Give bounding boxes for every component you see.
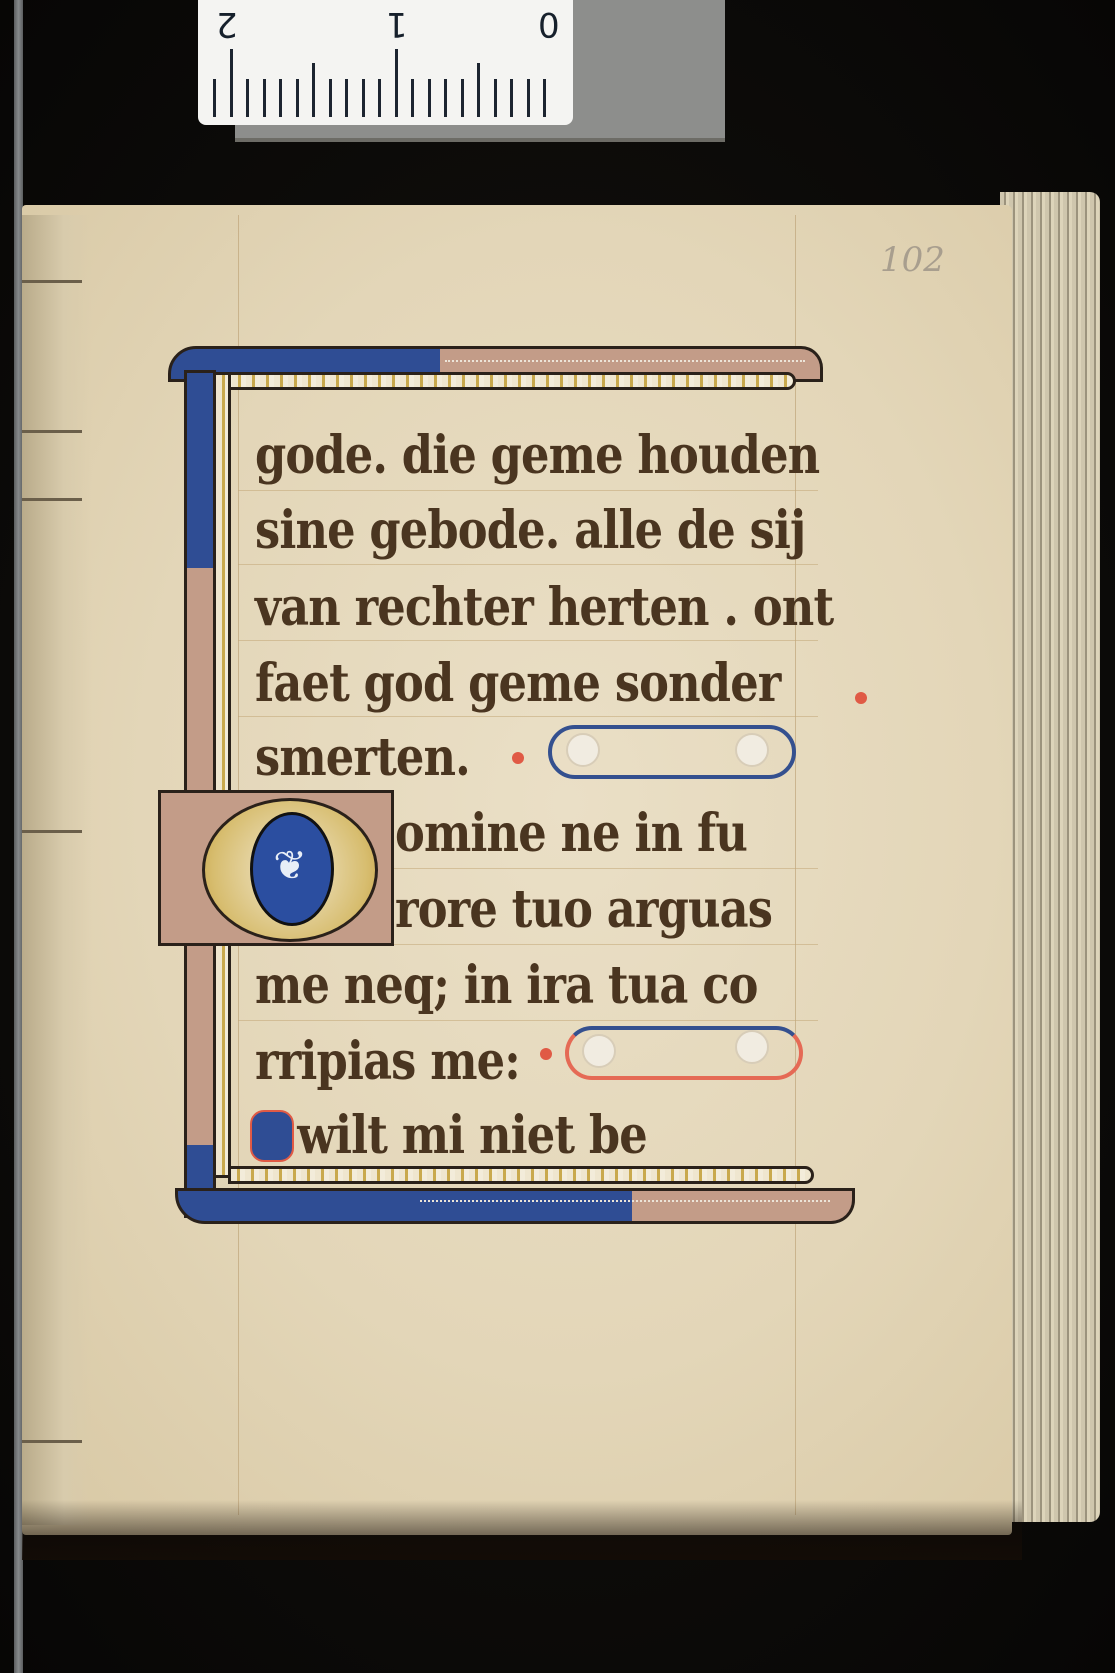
white-filigree: [445, 360, 805, 364]
ruler-tick: [378, 79, 381, 117]
ruler-tick: [461, 79, 464, 117]
ruler-label-2: 2: [216, 4, 238, 44]
ruler-tick: [345, 79, 348, 117]
ruler-label-1: 1: [386, 4, 408, 44]
border-bar-bottom-blue: [175, 1188, 641, 1224]
ruler-tick: [213, 79, 216, 117]
ruler-tick: [329, 79, 332, 117]
ruler-tick: [494, 79, 497, 117]
sewing-station: [22, 830, 82, 833]
ruler-tick: [444, 79, 447, 117]
ruling-line: [238, 1020, 818, 1021]
sewing-station: [22, 430, 82, 433]
text-line-5: smerten.: [255, 732, 470, 784]
border-bar-bottom-rose: [632, 1188, 855, 1224]
rosette-ornament: [735, 733, 769, 767]
folio-number: 102: [880, 240, 945, 280]
rosette-ornament: [582, 1034, 616, 1068]
text-line-2: sine gebode. alle de sij: [255, 505, 805, 557]
text-line-1: gode. die geme houden: [255, 430, 819, 482]
text-line-9: rripias me:: [255, 1036, 520, 1088]
ruler-tick: [279, 79, 282, 117]
manuscript-photo: 2 1 0 102 ❦ gode. die geme houden sin: [0, 0, 1115, 1673]
ruler-tick: [263, 79, 266, 117]
vine-ornament-icon: ❦: [262, 820, 318, 912]
ruler-tick: [246, 79, 249, 117]
text-line-4: faet god geme sonder: [255, 658, 781, 710]
sewing-station: [22, 280, 82, 283]
ruler-tick: [411, 79, 414, 117]
ruler-tick: [543, 79, 546, 117]
ruling-line: [238, 716, 818, 717]
binding-gutter: [22, 215, 92, 1525]
ruling-line-vertical: [795, 215, 796, 1515]
ruler-tick: [428, 79, 431, 117]
rosette-ornament: [735, 1030, 769, 1064]
ruler-tick: [362, 79, 365, 117]
gold-inner-bar-left: [213, 372, 231, 1178]
text-line-7: rore tuo arguas: [395, 884, 772, 936]
gold-inner-bar-top: [215, 372, 796, 390]
small-initial-blue: [250, 1110, 294, 1162]
ruler-label-0: 0: [538, 4, 560, 44]
ruler-tick: [477, 63, 480, 117]
text-line-6: omine ne in fu: [395, 808, 747, 860]
border-bar-left-blue-upper: [184, 370, 216, 576]
ruler-tick: [296, 79, 299, 117]
scale-ruler: 2 1 0: [198, 0, 573, 125]
gold-inner-bar-bottom: [228, 1166, 814, 1184]
text-line-8: me neq; in ira tua co: [255, 960, 758, 1012]
rosette-ornament: [566, 733, 600, 767]
ruler-tick: [230, 49, 233, 117]
ruling-line: [238, 640, 818, 641]
rubric-dot: [855, 692, 867, 704]
ruling-line: [238, 564, 818, 565]
ruler-tick: [527, 79, 530, 117]
ruler-tick: [395, 49, 398, 117]
sewing-station: [22, 498, 82, 501]
rubric-dot: [540, 1048, 552, 1060]
ruler-tick: [312, 63, 315, 117]
text-line-10: e wilt mi niet be: [255, 1110, 647, 1162]
page-bottom-edge-damage: [22, 1500, 1022, 1560]
rubric-dot: [512, 752, 524, 764]
page-stack: [1000, 192, 1100, 1522]
white-filigree: [420, 1200, 830, 1204]
ruler-tick: [510, 79, 513, 117]
ruling-line: [238, 490, 818, 491]
sewing-station: [22, 1440, 82, 1443]
text-line-3: van rechter herten . ont: [255, 582, 833, 634]
